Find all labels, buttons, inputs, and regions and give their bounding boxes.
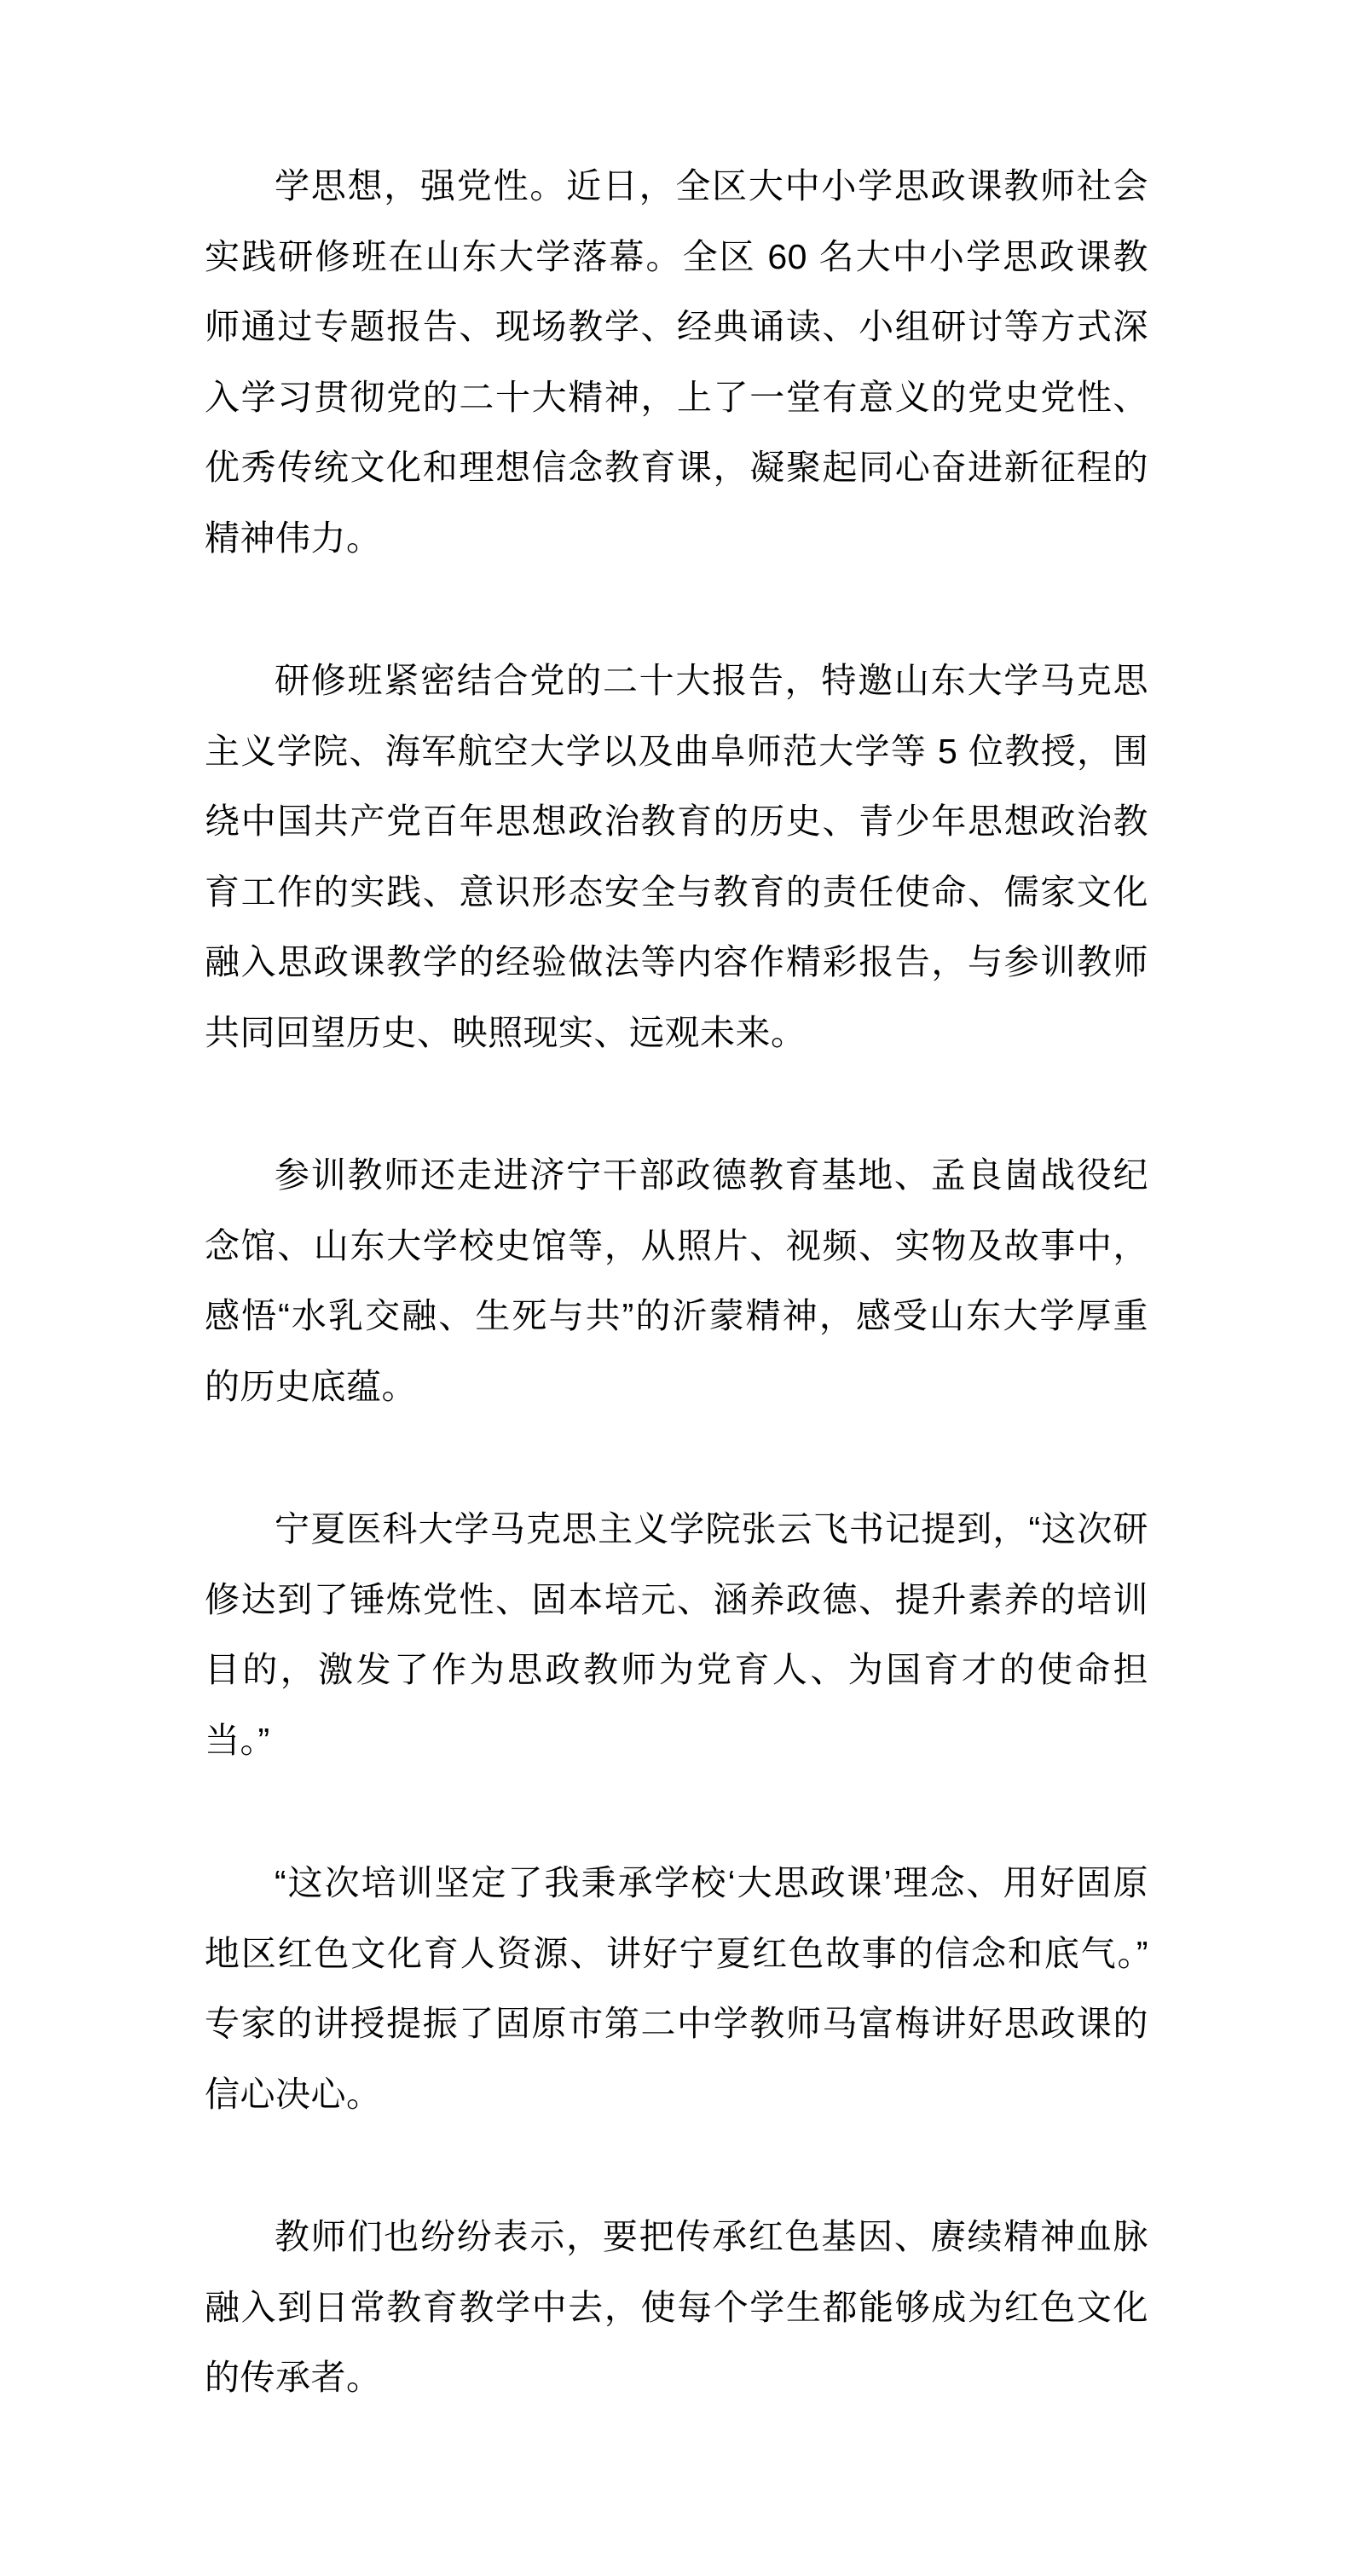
paragraph-3: 参训教师还走进济宁干部政德教育基地、孟良崮战役纪念馆、山东大学校史馆等，从照片、…: [205, 1140, 1148, 1421]
document-body: 学思想，强党性。近日，全区大中小学思政课教师社会实践研修班在山东大学落幕。全区 …: [205, 151, 1148, 2413]
paragraph-1: 学思想，强党性。近日，全区大中小学思政课教师社会实践研修班在山东大学落幕。全区 …: [205, 151, 1148, 573]
paragraph-6: 教师们也纷纷表示，要把传承红色基因、赓续精神血脉融入到日常教育教学中去，使每个学…: [205, 2202, 1148, 2413]
document-page: 学思想，强党性。近日，全区大中小学思政课教师社会实践研修班在山东大学落幕。全区 …: [0, 0, 1353, 2576]
paragraph-5: “这次培训坚定了我秉承学校‘大思政课’理念、用好固原地区红色文化育人资源、讲好宁…: [205, 1848, 1148, 2129]
paragraph-4: 宁夏医科大学马克思主义学院张云飞书记提到，“这次研修达到了锤炼党性、固本培元、涵…: [205, 1494, 1148, 1775]
paragraph-2: 研修班紧密结合党的二十大报告，特邀山东大学马克思主义学院、海军航空大学以及曲阜师…: [205, 645, 1148, 1068]
